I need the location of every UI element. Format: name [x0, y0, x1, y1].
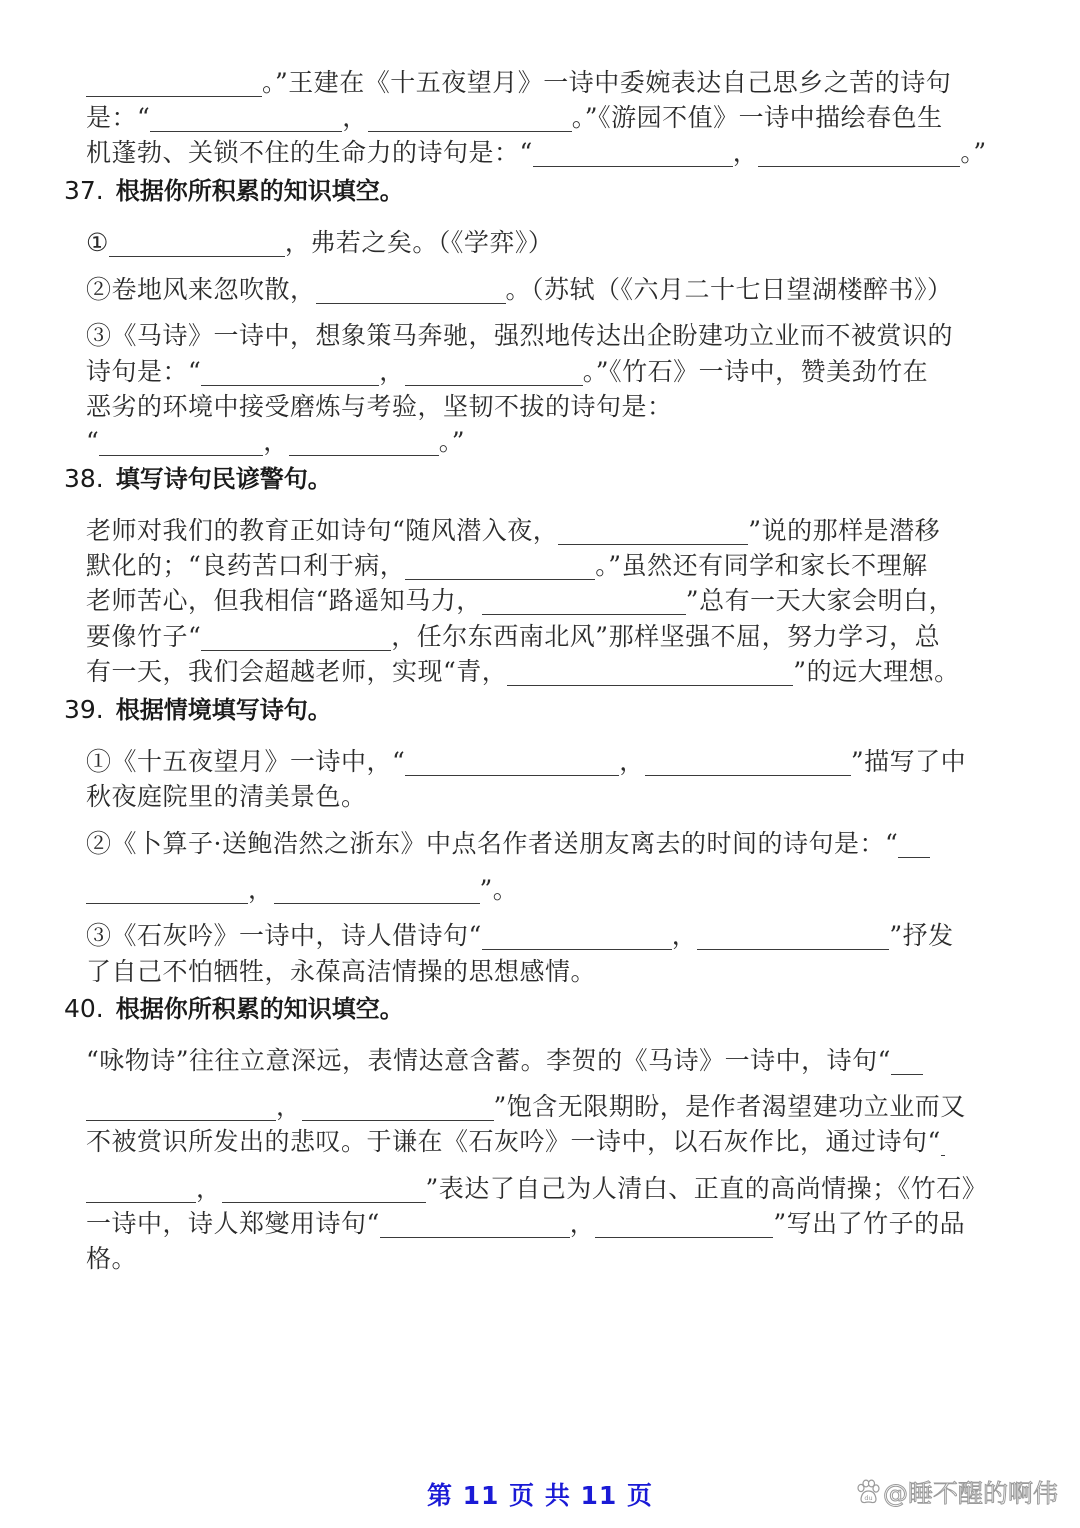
text-line: 默化的；“良药苦口利于病，。”虽然还有同学和家长不理解	[86, 549, 1014, 583]
fill-in-blank[interactable]	[558, 518, 748, 545]
fill-in-blank[interactable]	[201, 624, 391, 651]
line-text: 。”王建在《十五夜望月》一诗中委婉表达自己思乡之苦的诗句	[262, 66, 951, 100]
fill-in-blank[interactable]	[99, 429, 263, 456]
line-text: ②《卜算子·送鲍浩然之浙东》中点名作者送朋友离去的时间的诗句是：“	[86, 827, 898, 861]
line-text: ③《马诗》一诗中，想象策马奔驰，强烈地传达出企盼建功立业而不被赏识的	[86, 319, 953, 353]
fill-in-blank[interactable]	[222, 1176, 426, 1203]
line-text: ，	[196, 1172, 222, 1206]
fill-in-blank[interactable]	[86, 877, 248, 904]
line-text: 有一天，我们会超越老师，实现“青，	[86, 655, 507, 689]
line-text: 恶劣的环境中接受磨炼与考验，坚韧不拔的诗句是：	[86, 390, 673, 424]
fill-in-blank[interactable]	[150, 105, 342, 132]
text-line: 。”王建在《十五夜望月》一诗中委婉表达自己思乡之苦的诗句	[86, 66, 1014, 100]
text-line: 要像竹子“，任尔东西南北风”那样坚强不屈，努力学习，总	[86, 620, 1014, 654]
question-title: 填写诗句民谚警句。	[116, 465, 332, 493]
fill-in-blank[interactable]	[645, 749, 851, 776]
question-title: 根据你所积累的知识填空。	[116, 177, 404, 205]
line-text: ①《十五夜望月》一诗中，“	[86, 745, 405, 779]
fill-in-blank[interactable]	[482, 923, 672, 950]
line-text: ”总有一天大家会明白，	[686, 584, 954, 618]
fill-in-blank[interactable]	[891, 1048, 923, 1075]
fill-in-blank[interactable]	[405, 553, 595, 580]
fill-in-blank[interactable]	[758, 140, 960, 167]
text-line: ，”。	[86, 873, 1014, 907]
text-line: 老师对我们的教育正如诗句“随风潜入夜，”说的那样是潜移	[86, 514, 1014, 548]
line-text: 是：“	[86, 101, 150, 135]
question-number: 40.	[64, 994, 104, 1023]
line-text: 老师苦心，但我相信“路遥知马力，	[86, 584, 482, 618]
text-line: ①《十五夜望月》一诗中，“，”描写了中	[86, 745, 1014, 779]
text-line: 恶劣的环境中接受磨炼与考验，坚韧不拔的诗句是：	[86, 390, 1014, 424]
text-line: ②《卜算子·送鲍浩然之浙东》中点名作者送朋友离去的时间的诗句是：“	[86, 827, 1014, 861]
line-text: ③《石灰吟》一诗中，诗人借诗句“	[86, 919, 482, 953]
text-line: ②卷地风来忽吹散，。（苏轼（《六月二十七日望湖楼醉书》）	[86, 273, 1014, 307]
line-text: ，	[342, 101, 368, 135]
text-line: 有一天，我们会超越老师，实现“青，”的远大理想。	[86, 655, 1014, 689]
fill-in-blank[interactable]	[898, 831, 930, 858]
text-line: 机蓬勃、关锁不住的生命力的诗句是：“，。”	[86, 136, 1014, 170]
line-text: ”写出了竹子的品	[773, 1207, 965, 1241]
line-text: 老师对我们的教育正如诗句“随风潜入夜，	[86, 514, 558, 548]
line-text: ，	[570, 1207, 596, 1241]
line-text: 秋夜庭院里的清美景色。	[86, 780, 367, 814]
line-text: ，	[379, 355, 405, 389]
line-text: ，弗若之矣。（《学弈》）	[285, 226, 554, 260]
fill-in-blank[interactable]	[507, 659, 793, 686]
fill-in-blank[interactable]	[380, 1211, 570, 1238]
fill-in-blank[interactable]	[302, 1094, 494, 1121]
line-text: 一诗中，诗人郑燮用诗句“	[86, 1207, 380, 1241]
line-text: 。”	[960, 136, 986, 170]
question-number: 37.	[64, 176, 104, 205]
line-text: 机蓬勃、关锁不住的生命力的诗句是：“	[86, 136, 533, 170]
line-text: “	[86, 425, 99, 459]
text-line: ，”表达了自己为人清白、正直的高尚情操；《竹石》	[86, 1172, 1014, 1206]
text-line: ③《石灰吟》一诗中，诗人借诗句“，”抒发	[86, 919, 1014, 953]
question-heading: 40.根据你所积累的知识填空。	[64, 992, 404, 1026]
text-line: 格。	[86, 1242, 1014, 1276]
fill-in-blank[interactable]	[109, 230, 285, 257]
question-number: 39.	[64, 695, 104, 724]
text-line: ③《马诗》一诗中，想象策马奔驰，强烈地传达出企盼建功立业而不被赏识的	[86, 319, 1014, 353]
question-title: 根据你所积累的知识填空。	[116, 995, 404, 1023]
line-text: 。（苏轼（《六月二十七日望湖楼醉书》）	[506, 273, 953, 307]
fill-in-blank[interactable]	[201, 359, 379, 386]
line-text: ，	[276, 1090, 302, 1124]
line-text: 格。	[86, 1242, 137, 1276]
line-text: ①	[86, 226, 109, 260]
fill-in-blank[interactable]	[368, 105, 572, 132]
document-page: 。”王建在《十五夜望月》一诗中委婉表达自己思乡之苦的诗句是：“，。”《游园不值》…	[0, 0, 1080, 1528]
fill-in-blank[interactable]	[289, 429, 439, 456]
line-text: ”描写了中	[851, 745, 966, 779]
text-line: 是：“，。”《游园不值》一诗中描绘春色生	[86, 101, 1014, 135]
fill-in-blank[interactable]	[316, 277, 506, 304]
line-text: ②卷地风来忽吹散，	[86, 273, 316, 307]
text-line: 秋夜庭院里的清美景色。	[86, 780, 1014, 814]
line-text: “咏物诗”往往立意深远，表情达意含蓄。李贺的《马诗》一诗中，诗句“	[86, 1044, 891, 1078]
text-line: ，”饱含无限期盼，是作者渴望建功立业而又	[86, 1090, 1014, 1124]
line-text: 默化的；“良药苦口利于病，	[86, 549, 405, 583]
line-text: 诗句是：“	[86, 355, 201, 389]
question-heading: 38.填写诗句民谚警句。	[64, 462, 332, 496]
text-line: 了自己不怕牺牲，永葆高洁情操的思想感情。	[86, 955, 1014, 989]
text-line: “咏物诗”往往立意深远，表情达意含蓄。李贺的《马诗》一诗中，诗句“	[86, 1044, 1014, 1078]
line-text: ”说的那样是潜移	[748, 514, 940, 548]
fill-in-blank[interactable]	[941, 1129, 945, 1156]
svg-text:du: du	[864, 1494, 872, 1502]
fill-in-blank[interactable]	[274, 877, 480, 904]
fill-in-blank[interactable]	[595, 1211, 773, 1238]
text-line: 不被赏识所发出的悲叹。于谦在《石灰吟》一诗中，以石灰作比，通过诗句“	[86, 1125, 1014, 1159]
line-text: ，	[263, 425, 289, 459]
watermark: du @睡不醒的啊伟	[855, 1474, 1058, 1510]
text-line: 一诗中，诗人郑燮用诗句“，”写出了竹子的品	[86, 1207, 1014, 1241]
line-text: ”表达了自己为人清白、正直的高尚情操；《竹石》	[426, 1172, 988, 1206]
text-line: 诗句是：“，。”《竹石》一诗中，赞美劲竹在	[86, 355, 1014, 389]
line-text: ，	[733, 136, 759, 170]
line-text: 要像竹子“	[86, 620, 201, 654]
fill-in-blank[interactable]	[533, 140, 733, 167]
line-text: 。”	[439, 425, 465, 459]
watermark-text: @睡不醒的啊伟	[883, 1474, 1058, 1510]
line-text: ，	[248, 873, 274, 907]
fill-in-blank[interactable]	[405, 749, 619, 776]
question-title: 根据情境填写诗句。	[116, 696, 332, 724]
line-text: ”。	[480, 873, 519, 907]
baidu-paw-icon: du	[855, 1479, 881, 1505]
question-number: 38.	[64, 464, 104, 493]
line-text: ，任尔东西南北风”那样坚强不屈，努力学习，总	[391, 620, 940, 654]
text-line: “，。”	[86, 425, 1014, 459]
fill-in-blank[interactable]	[86, 1094, 276, 1121]
line-text: 。”《竹石》一诗中，赞美劲竹在	[583, 355, 928, 389]
line-text: 。”虽然还有同学和家长不理解	[595, 549, 927, 583]
line-text: ，	[619, 745, 645, 779]
line-text: 了自己不怕牺牲，永葆高洁情操的思想感情。	[86, 955, 596, 989]
line-text: 。”《游园不值》一诗中描绘春色生	[572, 101, 943, 135]
question-heading: 39.根据情境填写诗句。	[64, 693, 332, 727]
line-text: ，	[672, 919, 698, 953]
fill-in-blank[interactable]	[86, 1176, 196, 1203]
fill-in-blank[interactable]	[482, 588, 686, 615]
fill-in-blank[interactable]	[86, 70, 262, 97]
text-line: ①，弗若之矣。（《学弈》）	[86, 226, 1014, 260]
line-text: 不被赏识所发出的悲叹。于谦在《石灰吟》一诗中，以石灰作比，通过诗句“	[86, 1125, 941, 1159]
line-text: ”饱含无限期盼，是作者渴望建功立业而又	[494, 1090, 966, 1124]
line-text: ”的远大理想。	[793, 655, 959, 689]
line-text: ”抒发	[889, 919, 953, 953]
fill-in-blank[interactable]	[697, 923, 889, 950]
text-line: 老师苦心，但我相信“路遥知马力，”总有一天大家会明白，	[86, 584, 1014, 618]
fill-in-blank[interactable]	[405, 359, 583, 386]
question-heading: 37.根据你所积累的知识填空。	[64, 174, 404, 208]
